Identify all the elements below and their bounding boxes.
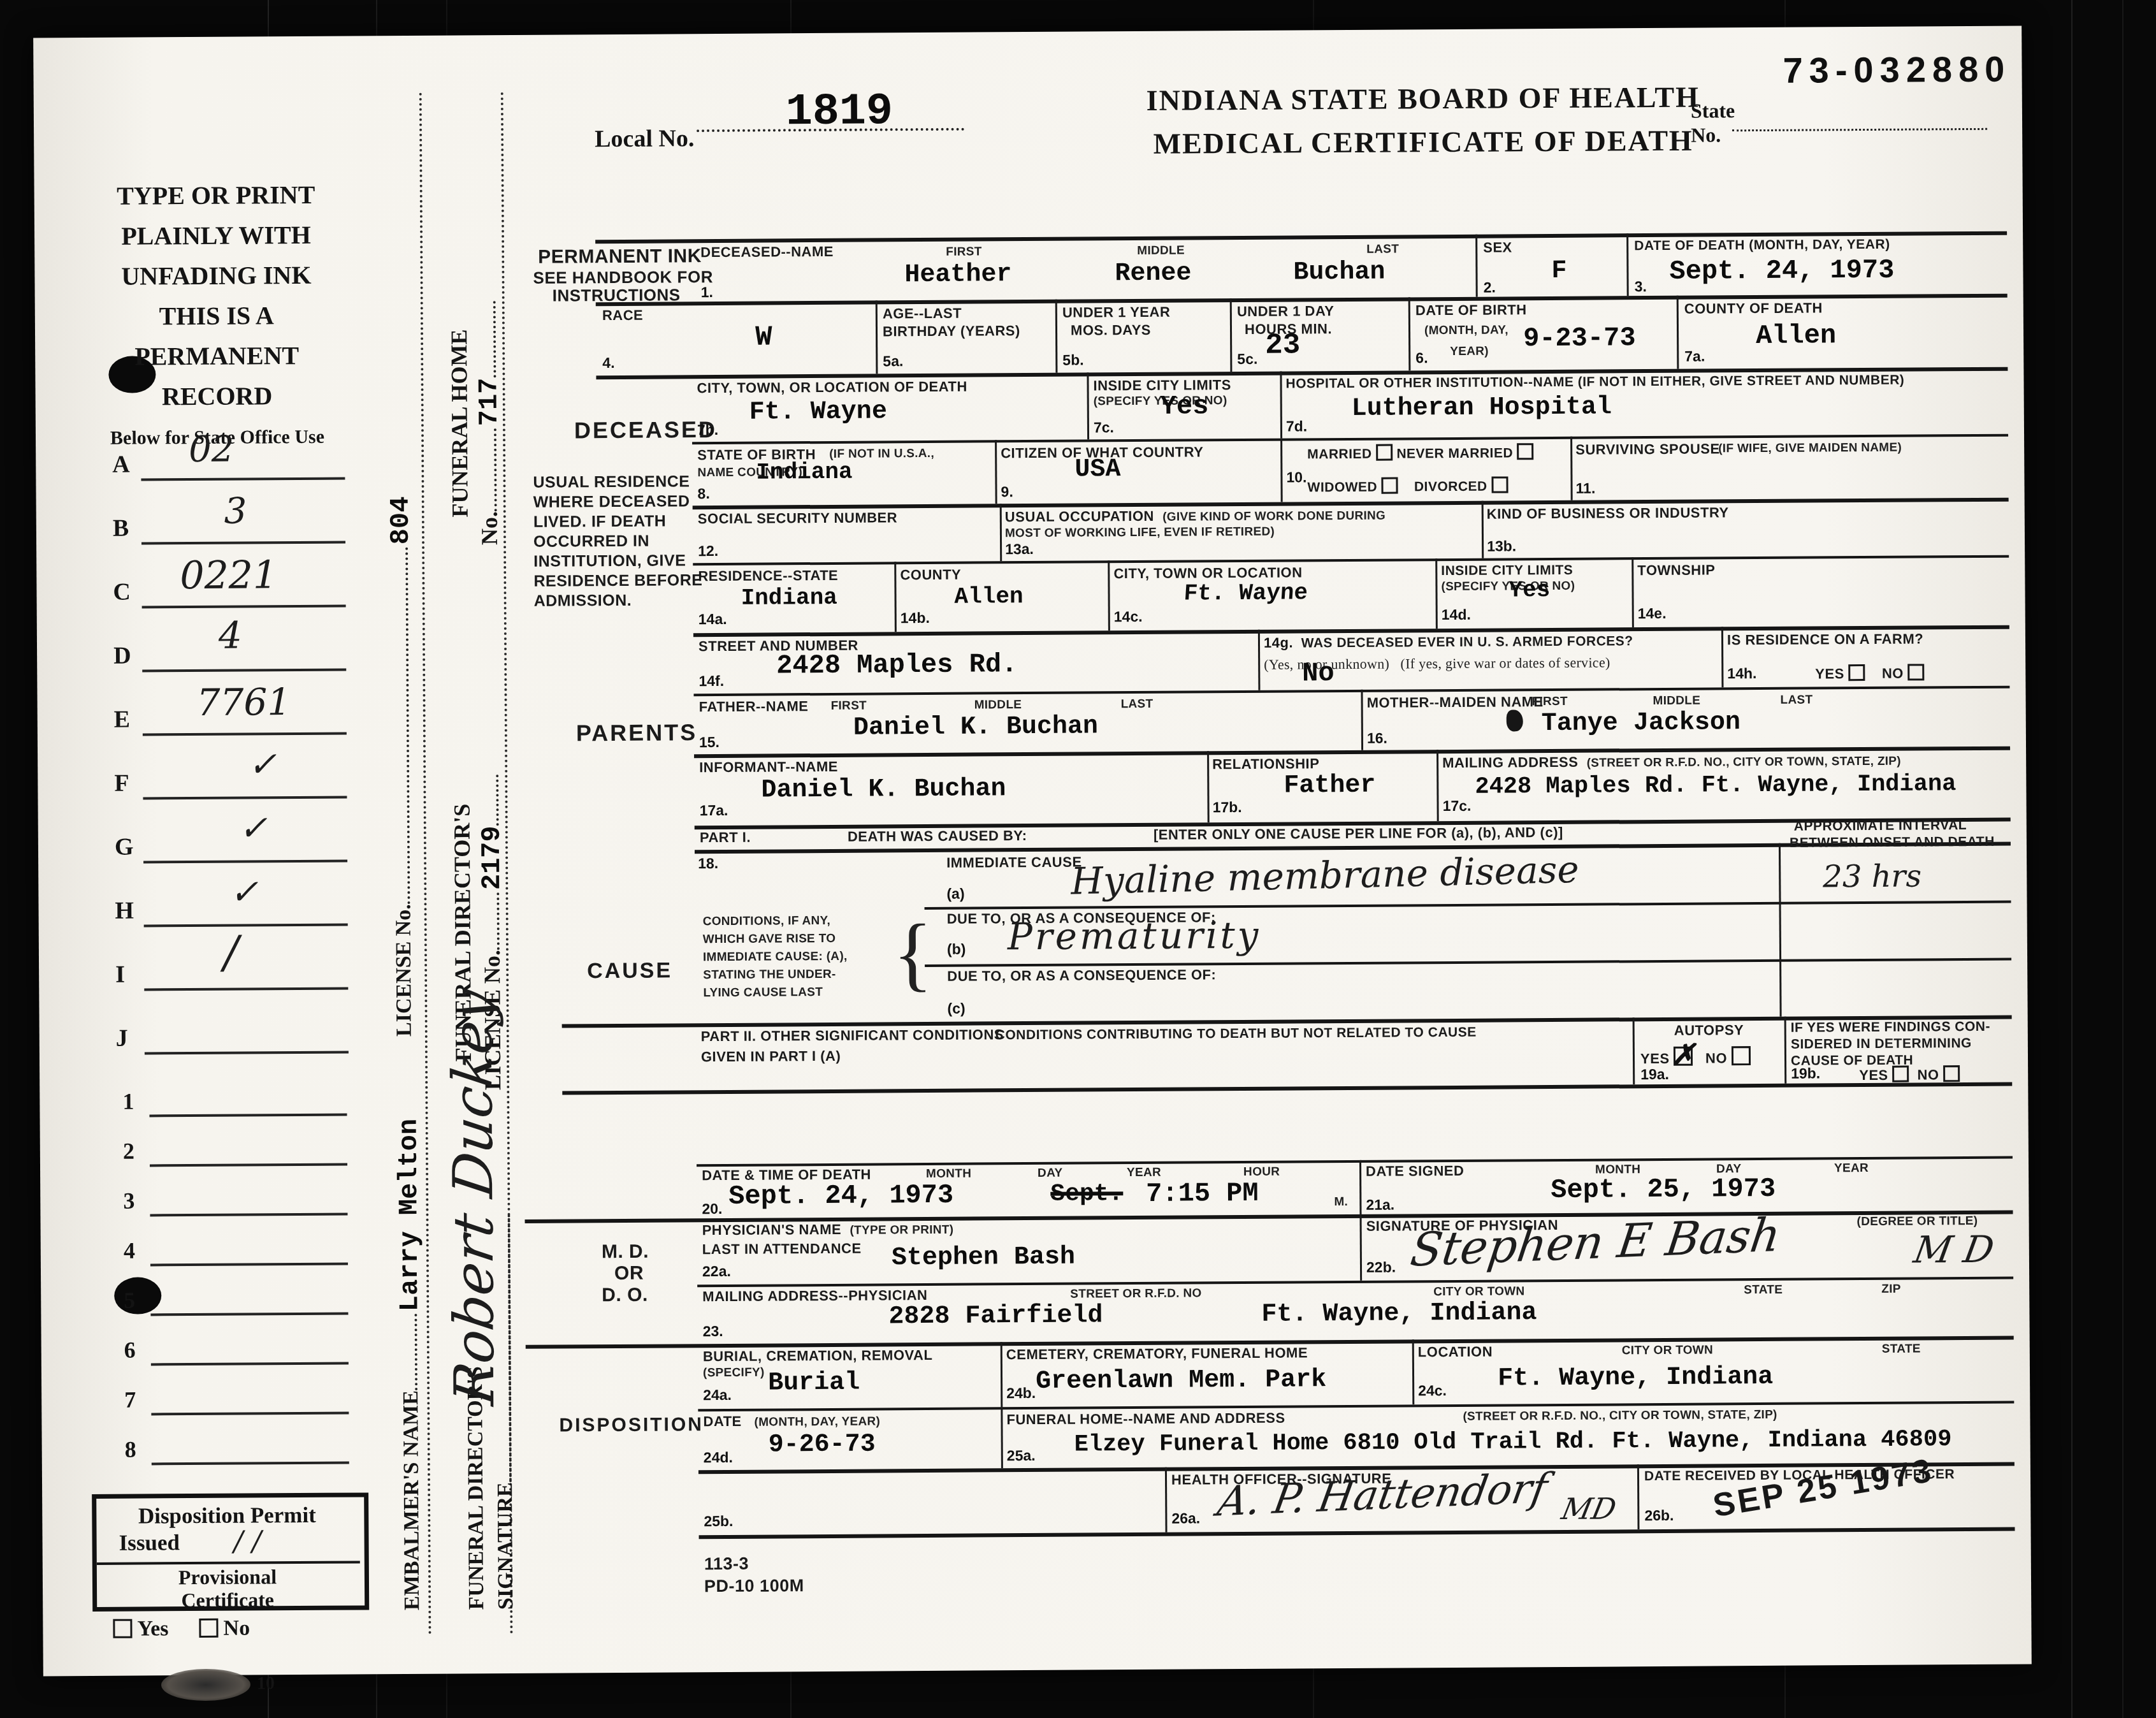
funeral-home-number: FUNERAL HOME No. 717 bbox=[444, 301, 509, 545]
state-no-label: State bbox=[1691, 99, 1735, 122]
interval-value: 23 hrs bbox=[1823, 858, 1921, 894]
local-no-label: Local No. bbox=[595, 124, 694, 153]
round-stamp bbox=[161, 1669, 250, 1701]
findings-yes-checkbox bbox=[1892, 1066, 1909, 1082]
never-married-checkbox bbox=[1517, 443, 1533, 460]
brace-icon: { bbox=[893, 906, 933, 1001]
scanned-page: TYPE OR PRINT PLAINLY WITH UNFADING INK … bbox=[0, 0, 2156, 1718]
gutter-disposition: DISPOSITION bbox=[559, 1414, 704, 1436]
embalmer-license-number: LICENSE No. 804 bbox=[386, 496, 419, 1037]
death-certificate-document: TYPE OR PRINT PLAINLY WITH UNFADING INK … bbox=[33, 25, 2032, 1676]
provisional-no-checkbox bbox=[199, 1619, 218, 1638]
divorced-checkbox bbox=[1491, 476, 1508, 493]
gutter-parents: PARENTS bbox=[576, 719, 698, 746]
autopsy-no-checkbox bbox=[1732, 1046, 1751, 1065]
provisional-yes-checkbox bbox=[113, 1619, 132, 1638]
farm-no-checkbox bbox=[1907, 664, 1924, 680]
received-date-stamp: SEP 25 1973 bbox=[1711, 1451, 1937, 1525]
funeral-director-signature: Robert Duckey bbox=[440, 986, 507, 1408]
embalmer-name-line: EMBALMER'S NAME Larry Melton bbox=[394, 1119, 428, 1610]
gutter-deceased: DECEASED bbox=[574, 416, 717, 444]
punch-hole bbox=[114, 1277, 161, 1314]
local-no-value: 1819 bbox=[786, 87, 894, 138]
widowed-checkbox bbox=[1381, 477, 1398, 493]
autopsy-yes-checkbox: ✗ bbox=[1674, 1047, 1693, 1066]
ink-blot bbox=[1507, 710, 1523, 731]
farm-yes-checkbox bbox=[1848, 664, 1865, 681]
findings-no-checkbox bbox=[1943, 1065, 1960, 1082]
table-grid bbox=[33, 25, 2022, 38]
married-checkbox bbox=[1376, 444, 1393, 461]
gutter-cause: CAUSE bbox=[587, 958, 672, 984]
